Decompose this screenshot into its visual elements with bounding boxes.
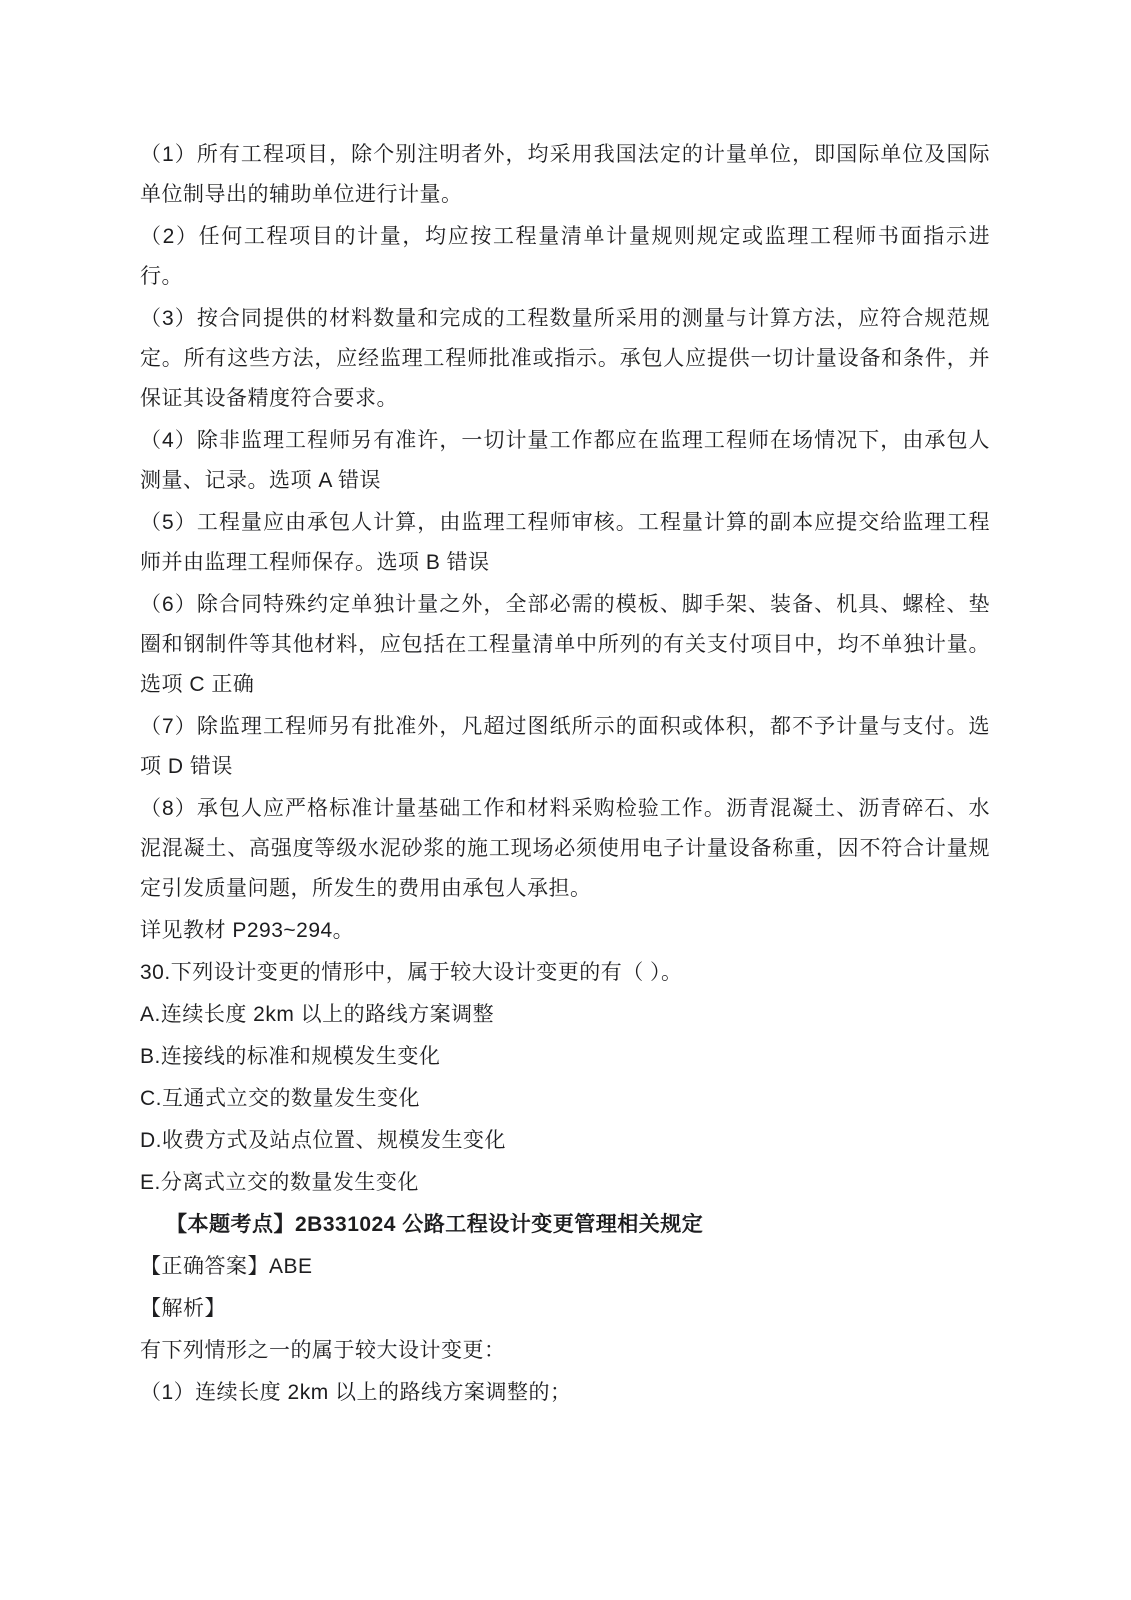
option-c: C.互通式立交的数量发生变化 xyxy=(140,1079,990,1119)
question-stem: 30.下列设计变更的情形中，属于较大设计变更的有（ ）。 xyxy=(140,953,990,993)
option-d: D.收费方式及站点位置、规模发生变化 xyxy=(140,1121,990,1161)
textbook-reference: 详见教材 P293~294。 xyxy=(140,911,990,951)
explanation-paragraph-4: （4）除非监理工程师另有准许，一切计量工作都应在监理工程师在场情况下，由承包人测… xyxy=(140,421,990,501)
correct-answer-line: 【正确答案】ABE xyxy=(140,1247,990,1287)
explanation-paragraph-8: （8）承包人应严格标准计量基础工作和材料采购检验工作。沥青混凝土、沥青碎石、水泥… xyxy=(140,789,990,909)
explanation-paragraph-2: （2）任何工程项目的计量，均应按工程量清单计量规则规定或监理工程师书面指示进行。 xyxy=(140,217,990,297)
option-b: B.连接线的标准和规模发生变化 xyxy=(140,1037,990,1077)
option-a: A.连续长度 2km 以上的路线方案调整 xyxy=(140,995,990,1035)
analysis-item-1: （1）连续长度 2km 以上的路线方案调整的； xyxy=(140,1373,990,1413)
explanation-paragraph-3: （3）按合同提供的材料数量和完成的工程数量所采用的测量与计算方法，应符合规范规定… xyxy=(140,299,990,419)
option-e: E.分离式立交的数量发生变化 xyxy=(140,1163,990,1203)
explanation-paragraph-7: （7）除监理工程师另有批准外，凡超过图纸所示的面积或体积，都不予计量与支付。选项… xyxy=(140,707,990,787)
explanation-paragraph-5: （5）工程量应由承包人计算，由监理工程师审核。工程量计算的副本应提交给监理工程师… xyxy=(140,503,990,583)
analysis-heading: 【解析】 xyxy=(140,1289,990,1329)
exam-point-heading: 【本题考点】2B331024 公路工程设计变更管理相关规定 xyxy=(140,1205,990,1245)
document-page: （1）所有工程项目，除个别注明者外，均采用我国法定的计量单位，即国际单位及国际单… xyxy=(0,0,1131,1600)
explanation-paragraph-1: （1）所有工程项目，除个别注明者外，均采用我国法定的计量单位，即国际单位及国际单… xyxy=(140,135,990,215)
analysis-intro: 有下列情形之一的属于较大设计变更： xyxy=(140,1331,990,1371)
explanation-paragraph-6: （6）除合同特殊约定单独计量之外，全部必需的模板、脚手架、装备、机具、螺栓、垫圈… xyxy=(140,585,990,705)
